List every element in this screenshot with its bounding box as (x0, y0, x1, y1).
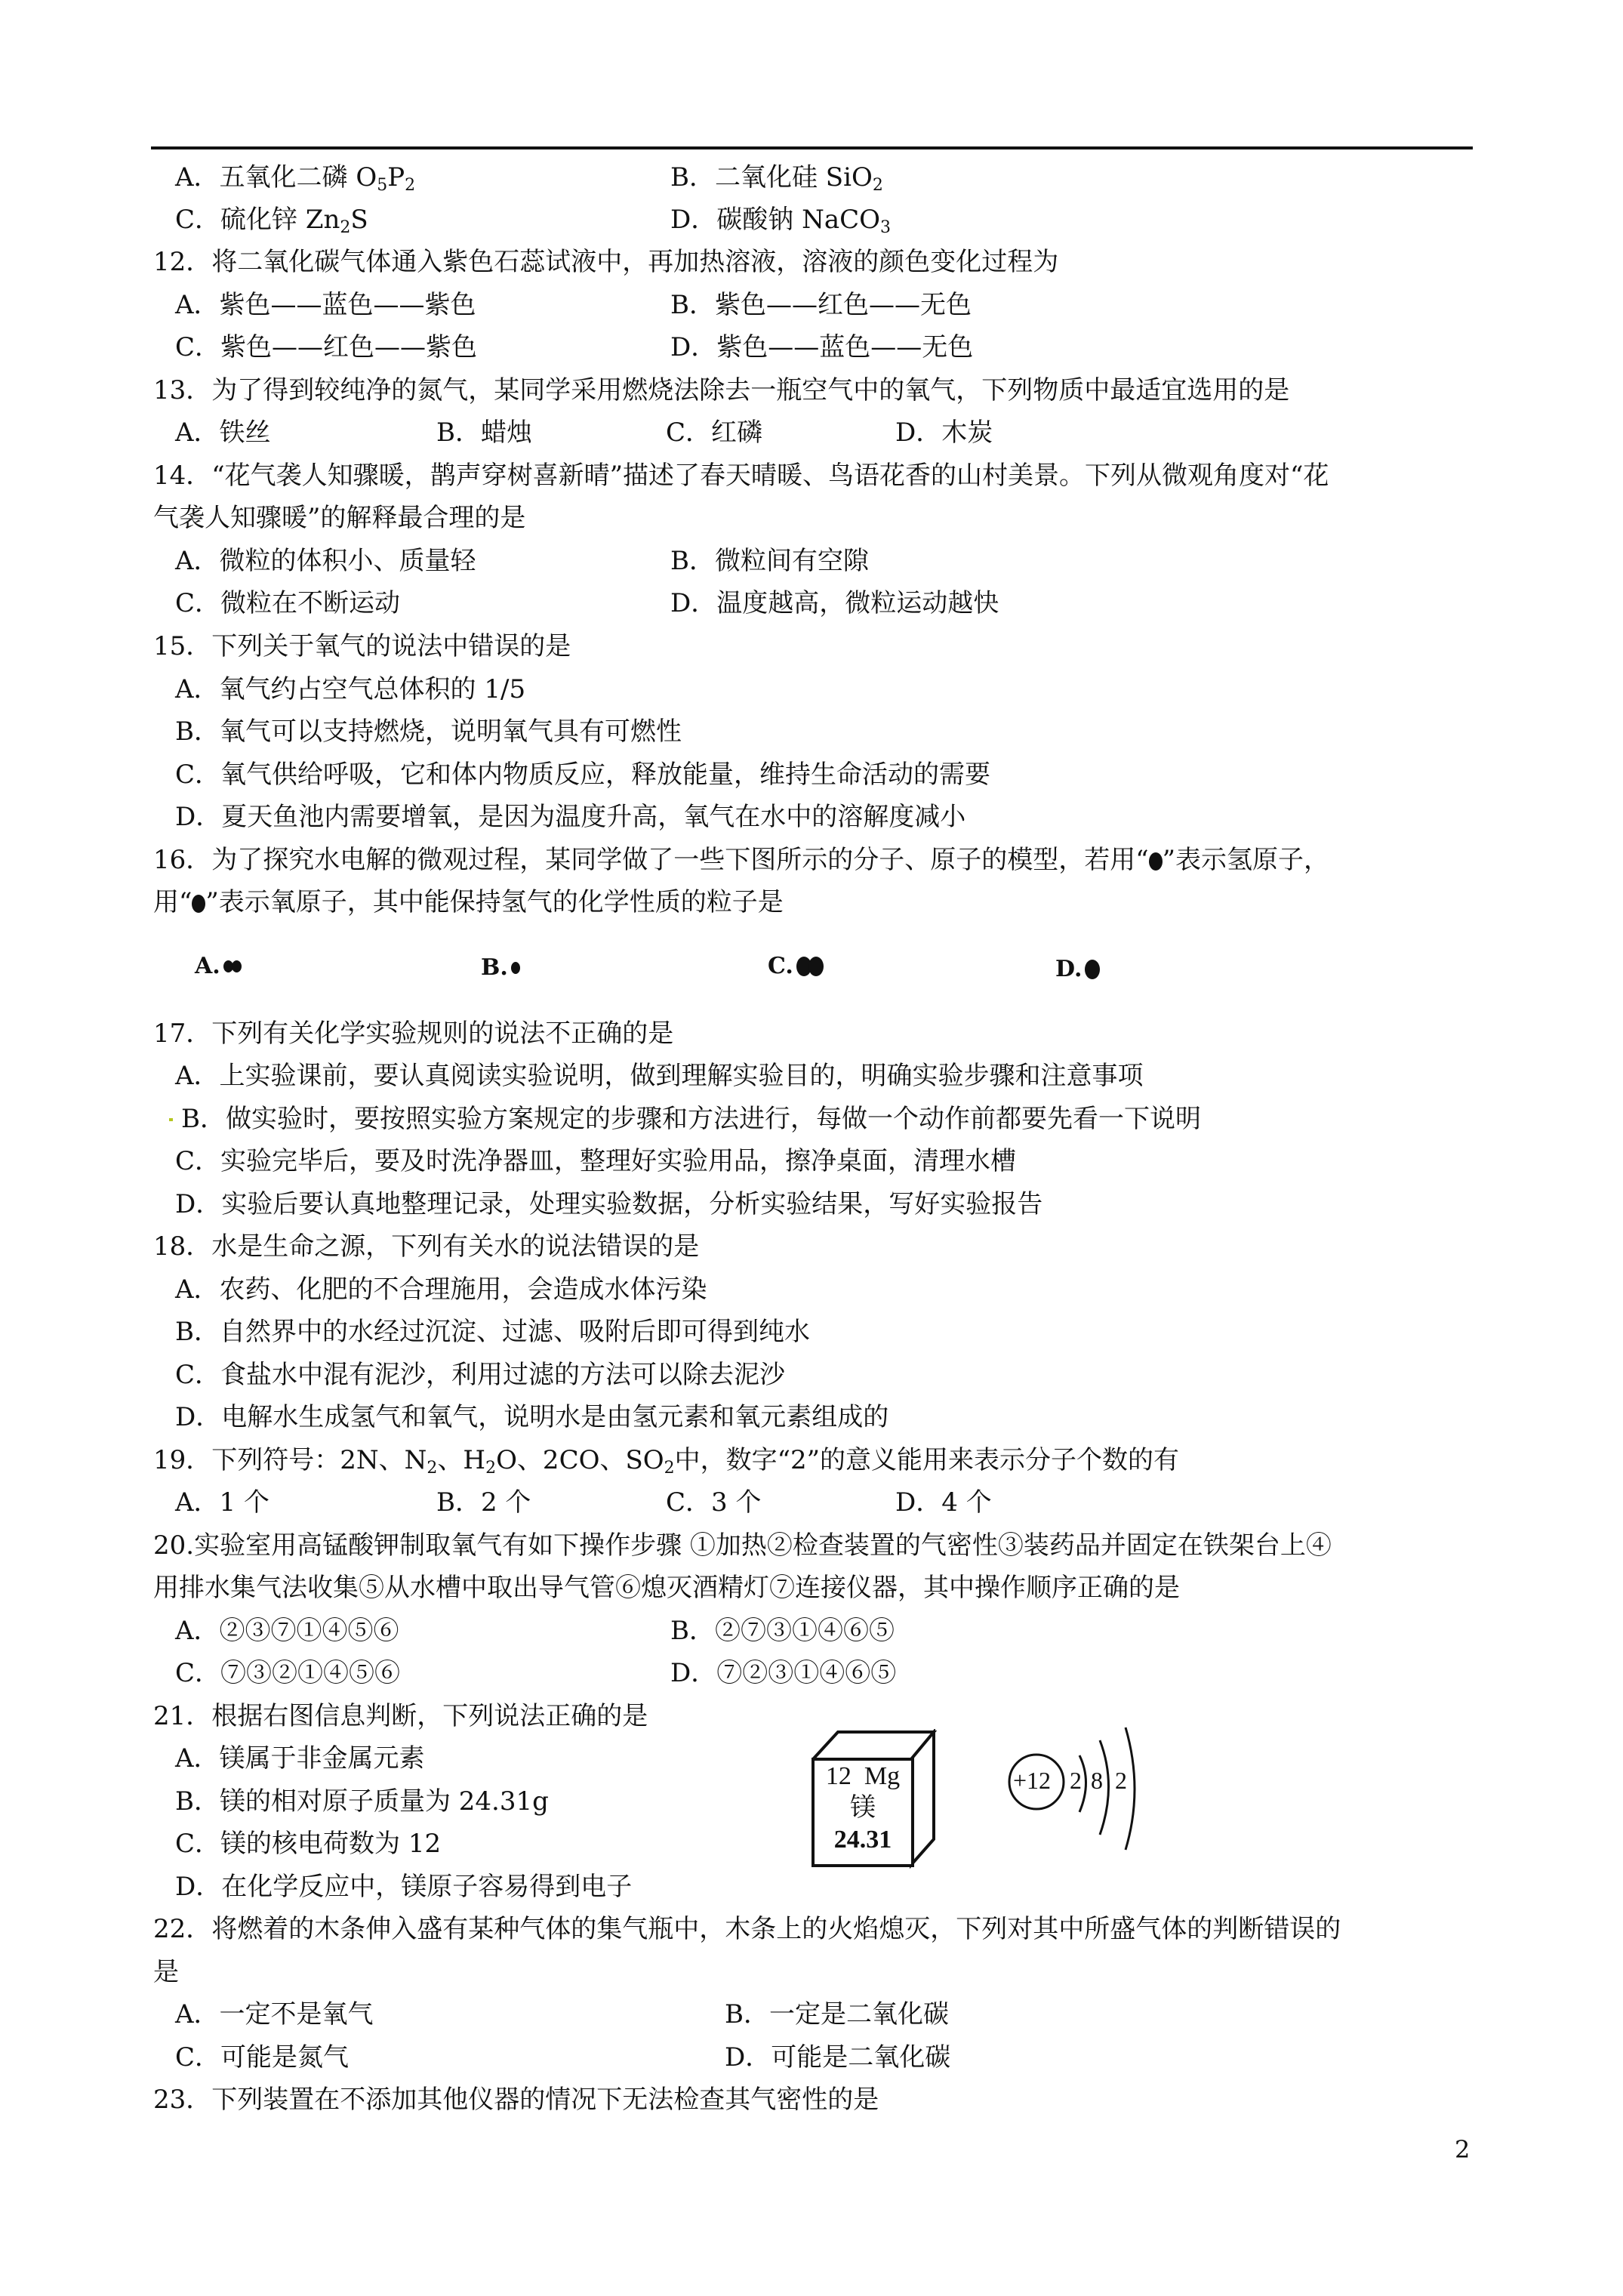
q12-stem: 12．将二氧化碳气体通入紫色石蕊试液中，再加热溶液，溶液的颜色变化过程为 (153, 247, 1058, 277)
magnesium-atom-structure: +12 2 8 2 (1008, 1725, 1189, 1861)
shell-3-count: 2 (1115, 1767, 1127, 1795)
q22-option-c: C．可能是氮气 (175, 2042, 349, 2073)
q21-option-c: C．镁的核电荷数为 12 (175, 1829, 441, 1859)
magnesium-element-card: 12 Mg 镁 24.31 (811, 1729, 947, 1869)
q18-option-b: B．自然界中的水经过沉淀、过滤、吸附后即可得到纯水 (175, 1317, 810, 1347)
q11-option-a: A．五氧化二磷 O5P2 (175, 162, 415, 193)
molecule-c-icon (796, 957, 824, 976)
q11-option-d: D．碳酸钠 NaCO3 (670, 205, 891, 235)
q19-option-c: C．3 个 (666, 1487, 761, 1518)
q17-option-a: A．上实验课前，要认真阅读实验说明，做到理解实验目的，明确实验步骤和注意事项 (175, 1061, 1144, 1091)
q17-stem: 17．下列有关化学实验规则的说法不正确的是 (153, 1019, 673, 1049)
header-rule (151, 146, 1473, 149)
q21-option-b: B．镁的相对原子质量为 24.31g (175, 1786, 549, 1817)
q19-option-a: A．1 个 (175, 1487, 269, 1518)
oxygen-atom-icon (192, 895, 205, 913)
q14-stem-line1: 14．“花气袭人知骤暖，鹊声穿树喜新晴”描述了春天晴暖、鸟语花香的山村美景。下列… (153, 461, 1329, 491)
q12-option-a: A．紫色——蓝色——紫色 (175, 290, 476, 320)
q20-option-b: B．②⑦③①④⑥⑤ (670, 1616, 895, 1646)
molecule-b-icon (511, 962, 520, 974)
q15-option-b: B．氧气可以支持燃烧，说明氧气具有可燃性 (175, 717, 682, 747)
q17-option-d: D．实验后要认真地整理记录，处理实验数据，分析实验结果，写好实验报告 (175, 1189, 1042, 1219)
q19-option-b: B．2 个 (436, 1487, 531, 1518)
q22-option-b: B．一定是二氧化碳 (725, 1999, 949, 2029)
q22-stem-line2: 是 (153, 1957, 179, 1987)
q13-option-a: A．铁丝 (175, 418, 271, 448)
molecule-d-icon (1085, 960, 1100, 979)
shell-2-count: 8 (1091, 1767, 1103, 1795)
q12-option-b: B．紫色——红色——无色 (670, 290, 972, 320)
q18-stem: 18．水是生命之源，下列有关水的说法错误的是 (153, 1231, 699, 1262)
q18-option-c: C．食盐水中混有泥沙，利用过滤的方法可以除去泥沙 (175, 1360, 785, 1390)
q21-option-d: D．在化学反应中，镁原子容易得到电子 (175, 1872, 632, 1902)
q22-option-d: D．可能是二氧化碳 (725, 2042, 950, 2073)
q16-option-b: B. (481, 954, 520, 981)
q18-option-d: D．电解水生成氢气和氧气，说明水是由氢元素和氧元素组成的 (175, 1402, 888, 1432)
q15-stem: 15．下列关于氧气的说法中错误的是 (153, 631, 571, 661)
q14-option-d: D．温度越高，微粒运动越快 (670, 588, 999, 618)
q20-option-a: A．②③⑦①④⑤⑥ (175, 1616, 399, 1646)
q11-option-c: C．硫化锌 Zn2S (175, 205, 368, 235)
q14-option-c: C．微粒在不断运动 (175, 588, 400, 618)
q23-stem: 23．下列装置在不添加其他仪器的情况下无法检查其气密性的是 (153, 2085, 879, 2115)
q19-stem: 19．下列符号：2N、N2、H2O、2CO、SO2中，数字“2”的意义能用来表示… (153, 1445, 1179, 1475)
q12-option-d: D．紫色——蓝色——无色 (670, 332, 973, 362)
q11-option-b: B．二氧化硅 SiO2 (670, 162, 883, 193)
q18-option-a: A．农药、化肥的不合理施用，会造成水体污染 (175, 1274, 707, 1305)
q14-option-a: A．微粒的体积小、质量轻 (175, 546, 476, 576)
q13-option-c: C．红磷 (666, 418, 762, 448)
q20-option-d: D．⑦②③①④⑥⑤ (670, 1658, 896, 1688)
q15-option-a: A．氧气约占空气总体积的 1/5 (175, 674, 525, 704)
q21-option-a: A．镁属于非金属元素 (175, 1743, 425, 1774)
q13-stem: 13．为了得到较纯净的氮气，某同学采用燃烧法除去一瓶空气中的氧气，下列物质中最适… (153, 375, 1289, 405)
q16-stem-line1: 16．为了探究水电解的微观过程，某同学做了一些下图所示的分子、原子的模型，若用“… (153, 845, 1329, 875)
q15-option-d: D．夏天鱼池内需要增氧，是因为温度升高，氧气在水中的溶解度减小 (175, 802, 965, 832)
q22-option-a: A．一定不是氧气 (175, 1999, 374, 2029)
q21-stem: 21．根据右图信息判断，下列说法正确的是 (153, 1701, 648, 1731)
q17-option-b: B．做实验时，要按照实验方案规定的步骤和方法进行，每做一个动作前都要先看一下说明 (181, 1104, 1201, 1134)
q13-option-b: B．蜡烛 (436, 418, 532, 448)
q20-option-c: C．⑦③②①④⑤⑥ (175, 1658, 400, 1688)
q12-option-c: C．紫色——红色——紫色 (175, 332, 477, 362)
molecule-a-icon (223, 960, 242, 972)
page-number: 2 (1455, 2135, 1470, 2164)
q14-stem-line2: 气袭人知骤暖”的解释最合理的是 (153, 503, 525, 533)
q20-stem-line1: 20.实验室用高锰酸钾制取氧气有如下操作步骤 ①加热②检查装置的气密性③装药品并… (153, 1530, 1332, 1561)
q16-option-d: D. (1055, 956, 1100, 982)
q13-option-d: D．木炭 (895, 418, 993, 448)
hydrogen-atom-icon (1149, 852, 1163, 871)
q14-option-b: B．微粒间有空隙 (670, 546, 869, 576)
q19-option-d: D．4 个 (895, 1487, 992, 1518)
q16-option-c: C. (768, 953, 824, 979)
highlight-mark (169, 1118, 173, 1121)
q17-option-c: C．实验完毕后，要及时洗净器皿，整理好实验用品，擦净桌面，清理水槽 (175, 1146, 1016, 1176)
q15-option-c: C．氧气供给呼吸，它和体内物质反应，释放能量，维持生命活动的需要 (175, 760, 990, 790)
nucleus-charge: +12 (1013, 1767, 1051, 1795)
shell-1-count: 2 (1070, 1767, 1082, 1795)
q22-stem-line1: 22．将燃着的木条伸入盛有某种气体的集气瓶中，木条上的火焰熄灭，下列对其中所盛气… (153, 1914, 1341, 1944)
q20-stem-line2: 用排水集气法收集⑤从水槽中取出导气管⑥熄灭酒精灯⑦连接仪器，其中操作顺序正确的是 (153, 1573, 1180, 1603)
q16-stem-line2: 用“”表示氧原子，其中能保持氢气的化学性质的粒子是 (153, 887, 784, 917)
q16-option-a: A. (195, 953, 242, 979)
